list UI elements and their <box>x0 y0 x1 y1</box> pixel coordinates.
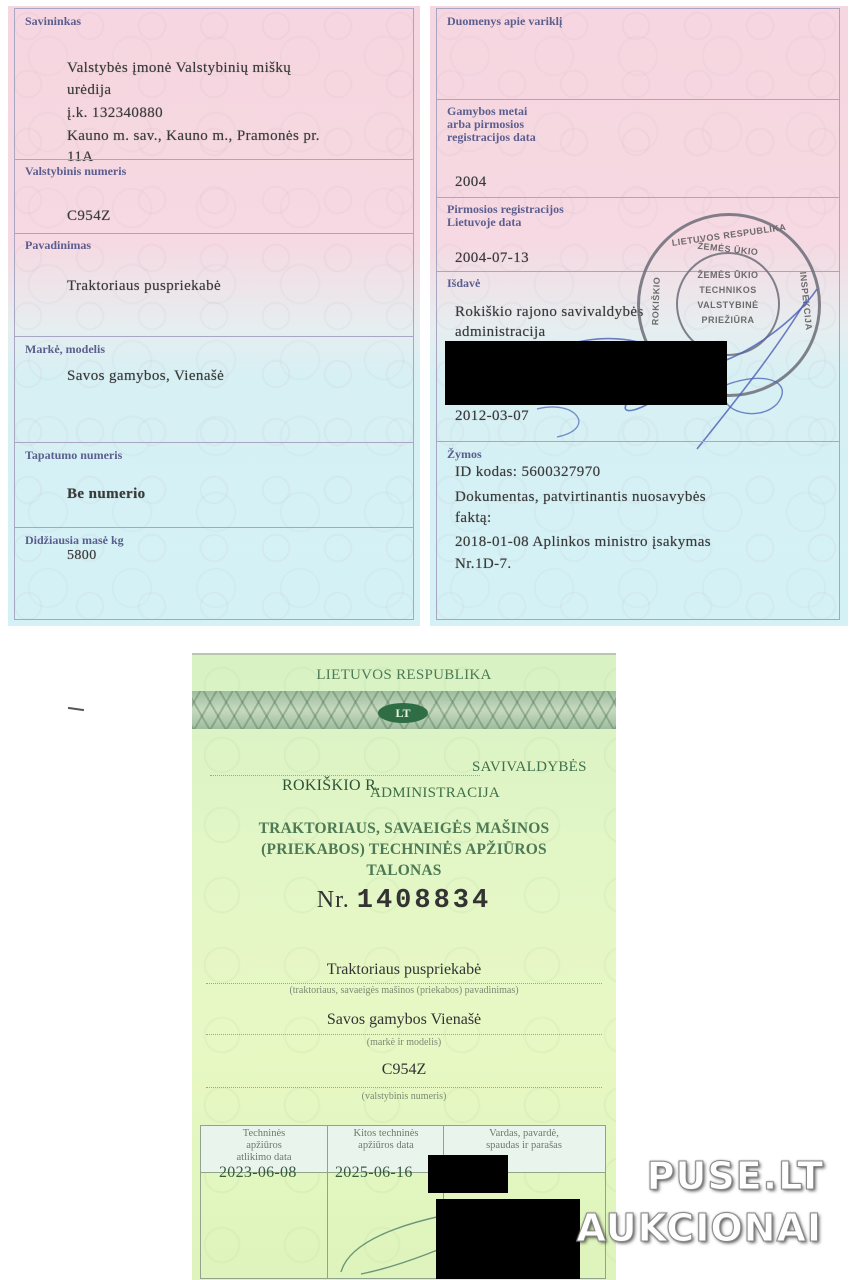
scan-artifact <box>68 707 84 711</box>
coupon-heading-line3: TALONAS <box>192 860 616 881</box>
make-model-label: Markė, modelis <box>25 343 105 356</box>
issuer-printed-line1: SAVIVALDYBĖS <box>472 759 587 776</box>
coupon-heading-line1: TRAKTORIAUS, SAVAEIGĖS MAŠINOS <box>192 818 616 839</box>
remarks-line3: faktą: <box>455 507 492 529</box>
next-inspection-date: 2025-06-16 <box>335 1164 413 1182</box>
issuer-handwritten: ROKIŠKIO R. <box>282 777 380 795</box>
max-mass-value: 5800 <box>67 545 97 567</box>
remarks-line5: Nr.1D-7. <box>455 553 512 575</box>
production-year-value: 2004 <box>455 171 487 193</box>
remarks-line2: Dokumentas, patvirtinantis nuosavybės <box>455 486 706 508</box>
coupon-plate-value: C954Z <box>192 1061 616 1079</box>
make-model-value: Savos gamybos, Vienašė <box>67 365 224 387</box>
coupon-number-prefix: Nr. <box>317 887 350 913</box>
remarks-line4: 2018-01-08 Aplinkos ministro įsakymas <box>455 531 711 553</box>
divider <box>437 99 839 100</box>
coupon-name-hint: (traktoriaus, savaeigės mašinos (priekab… <box>192 985 616 996</box>
owner-label: Savininkas <box>25 15 81 28</box>
dotted-line <box>210 775 480 776</box>
coupon-plate-hint: (valstybinis numeris) <box>192 1091 616 1102</box>
owner-company-code: į.k. 132340880 <box>67 102 163 124</box>
divider <box>15 233 413 234</box>
header-next: Kitos techninės apžiūros data <box>328 1128 444 1152</box>
coupon-heading: TRAKTORIAUS, SAVAEIGĖS MAŠINOS (PRIEKABO… <box>192 818 616 881</box>
header-signature: Vardas, pavardė, spaudas ir parašas <box>445 1128 603 1152</box>
dotted-line <box>206 1087 602 1088</box>
coupon-country-title: LIETUVOS RESPUBLIKA <box>192 667 616 684</box>
issuer-printed-line2: ADMINISTRACIJA <box>370 785 500 802</box>
dotted-line <box>206 983 602 984</box>
header-performed: Techninės apžiūros atlikimo data <box>201 1128 327 1164</box>
header-line: atlikimo data <box>201 1152 327 1164</box>
owner-name-line2: urėdija <box>67 79 111 101</box>
production-year-label-line3: registracijos data <box>447 131 536 144</box>
dotted-line <box>206 1034 602 1035</box>
left-page-frame: Savininkas Valstybės įmonė Valstybinių m… <box>14 8 414 620</box>
inspection-coupon: LIETUVOS RESPUBLIKA LT SAVIVALDYBĖS ROKI… <box>192 653 616 1280</box>
right-page-frame: Duomenys apie variklį Gamybos metai arba… <box>436 8 840 620</box>
remarks-label: Žymos <box>447 448 482 461</box>
lt-badge: LT <box>378 703 428 723</box>
coupon-make-hint: (markė ir modelis) <box>192 1037 616 1048</box>
divider <box>15 336 413 337</box>
name-label: Pavadinimas <box>25 239 91 252</box>
owner-address-line1: Kauno m. sav., Kauno m., Pramonės pr. <box>67 125 320 147</box>
registration-left-page: Savininkas Valstybės įmonė Valstybinių m… <box>8 6 420 626</box>
issued-by-label: Išdavė <box>447 277 480 290</box>
header-line: Techninės <box>201 1128 327 1140</box>
plate-label: Valstybinis numeris <box>25 165 126 178</box>
coupon-number: Nr. 1408834 <box>192 886 616 916</box>
watermark-line2: AUKCIONAI <box>576 1206 822 1250</box>
first-registration-label-line2: Lietuvoje data <box>447 216 521 229</box>
coupon-make-value: Savos gamybos Vienašė <box>192 1011 616 1029</box>
header-line: Vardas, pavardė, <box>445 1128 603 1140</box>
coupon-heading-line2: (PRIEKABOS) TECHNINĖS APŽIŪROS <box>192 839 616 860</box>
watermark-line1: PUSE.LT <box>647 1154 824 1198</box>
engine-data-label: Duomenys apie variklį <box>447 15 562 28</box>
header-line: spaudas ir parašas <box>445 1140 603 1152</box>
redaction-block <box>445 341 727 405</box>
remarks-line1: ID kodas: 5600327970 <box>455 461 601 483</box>
divider <box>437 441 839 442</box>
coupon-number-value: 1408834 <box>357 886 491 916</box>
name-value: Traktoriaus puspriekabė <box>67 275 221 297</box>
redaction-block <box>428 1155 508 1193</box>
coupon-name-value: Traktoriaus puspriekabė <box>192 961 616 979</box>
divider <box>437 197 839 198</box>
header-line: Kitos techninės <box>328 1128 444 1140</box>
divider <box>15 442 413 443</box>
plate-value: C954Z <box>67 205 111 227</box>
identity-number-label: Tapatumo numeris <box>25 449 122 462</box>
performed-date: 2023-06-08 <box>219 1164 297 1182</box>
owner-name-line1: Valstybės įmonė Valstybinių miškų <box>67 57 291 79</box>
header-line: apžiūros data <box>328 1140 444 1152</box>
divider <box>15 527 413 528</box>
registration-right-page: Duomenys apie variklį Gamybos metai arba… <box>430 6 848 626</box>
divider <box>15 159 413 160</box>
redaction-block <box>436 1199 580 1279</box>
identity-number-value: Be numerio <box>67 483 146 505</box>
header-line: apžiūros <box>201 1140 327 1152</box>
